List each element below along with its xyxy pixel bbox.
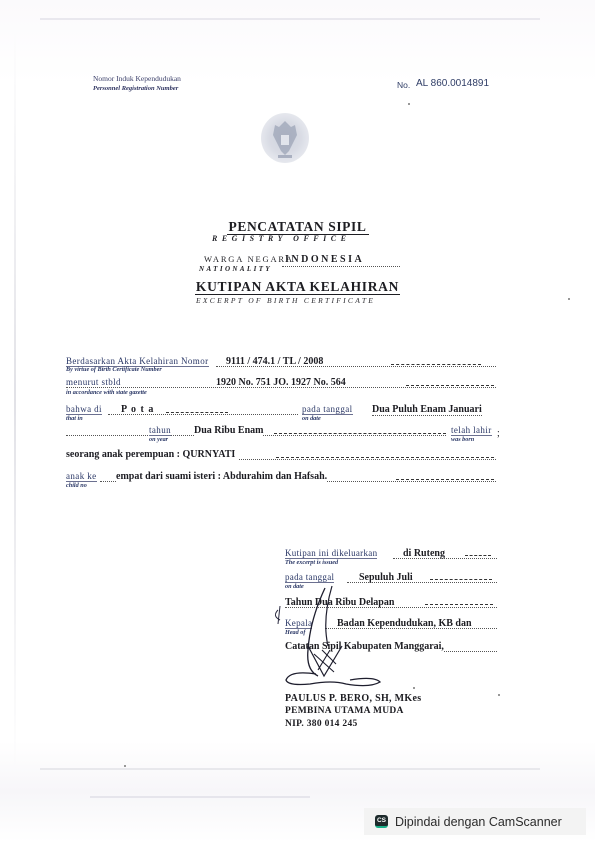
date-label: pada tanggal	[302, 404, 353, 415]
certificate-number: AL 860.0014891	[416, 78, 489, 89]
document-title-en: EXCERPT OF BIRTH CERTIFICATE	[196, 296, 375, 305]
child-no-label: anak ke	[66, 471, 97, 482]
office-title: PENCATATAN SIPIL	[0, 219, 595, 235]
nik-label: Nomor Induk Kependudukan	[93, 74, 181, 83]
born-suffix: ;	[497, 428, 500, 439]
scan-artifact-line	[90, 796, 310, 798]
dash-line	[465, 555, 491, 556]
dash-line	[274, 433, 446, 434]
dash-line	[406, 385, 494, 386]
scan-speck	[498, 694, 500, 696]
issued-label-en: The excerpt is issued	[285, 559, 338, 566]
date-value: Dua Puluh Enam Januari	[372, 404, 482, 416]
scan-speck	[568, 298, 570, 300]
issued-place: di Ruteng	[403, 548, 445, 559]
field-label-en: in accordance with state gazette	[66, 389, 147, 396]
dash-line	[166, 412, 228, 413]
office-title-text: PENCATATAN SIPIL	[227, 219, 369, 235]
field-year-born: tahun on year Dua Ribu Enam telah lahir …	[66, 425, 496, 449]
dash-line	[425, 604, 493, 605]
document-title-text: KUTIPAN AKTA KELAHIRAN	[195, 279, 400, 295]
scan-edge-shadow	[14, 30, 16, 770]
year-value: Dua Ribu Enam	[194, 425, 263, 436]
dash-line	[276, 457, 494, 458]
nationality-label: WARGA NEGARA	[204, 254, 294, 264]
scan-speck	[408, 103, 410, 105]
field-value: 1920 No. 751 JO. 1927 No. 564	[216, 377, 346, 388]
child-value: seorang anak perempuan : QURNYATI	[66, 449, 239, 460]
scan-speck	[124, 765, 126, 767]
nationality-label-en: NATIONALITY	[199, 265, 272, 273]
date-label-en: on date	[302, 415, 321, 422]
garuda-emblem-icon	[261, 113, 309, 163]
child-no-value: empat dari suami isteri : Abdurahim dan …	[116, 471, 327, 482]
signatory-nip: NIP. 380 014 245	[285, 719, 358, 729]
field-label-en: By virtue of Birth Certificate Number	[66, 366, 162, 373]
field-label-en: that in	[66, 415, 83, 422]
field-child-no: anak ke child no empat dari suami isteri…	[66, 471, 496, 495]
field-value: 9111 / 474.1 / TL / 2008	[226, 356, 323, 367]
field-label: menurut stbld	[66, 377, 121, 387]
scanned-document-page: Nomor Induk Kependudukan Personnel Regis…	[0, 0, 595, 842]
document-title: KUTIPAN AKTA KELAHIRAN	[0, 279, 595, 295]
field-label: bahwa di	[66, 404, 102, 415]
born-label: telah lahir	[451, 425, 492, 436]
scan-artifact-line	[40, 18, 540, 20]
field-child: seorang anak perempuan : QURNYATI	[66, 449, 496, 473]
camscanner-watermark: CS Dipindai dengan CamScanner	[364, 808, 586, 835]
signatory-name: PAULUS P. BERO, SH, MKes	[285, 693, 421, 704]
dash-line	[391, 364, 481, 365]
signatory-rank: PEMBINA UTAMA MUDA	[285, 706, 404, 716]
fill-line	[282, 266, 400, 267]
year-label: tahun	[149, 425, 171, 436]
nationality-value: INDONESIA	[285, 254, 364, 265]
scan-artifact-line	[40, 768, 540, 770]
cert-no-label: No.	[397, 80, 410, 90]
place-value: P o t a	[121, 404, 154, 415]
scan-speck	[413, 687, 415, 689]
watermark-text: Dipindai dengan CamScanner	[395, 815, 562, 829]
signature-icon	[270, 580, 390, 690]
dash-line	[396, 479, 494, 480]
issued-label: Kutipan ini dikeluarkan	[285, 548, 377, 559]
field-gazette: menurut stbld in accordance with state g…	[66, 377, 496, 401]
child-no-label-en: child no	[66, 482, 87, 489]
dash-line	[430, 579, 492, 580]
born-label-en: was born	[451, 436, 474, 443]
camscanner-logo-icon: CS	[375, 815, 388, 828]
year-label-en: on year	[149, 436, 168, 443]
nik-label-en: Personnel Registration Number	[93, 85, 178, 92]
office-title-en: REGISTRY OFFICE	[212, 234, 350, 243]
